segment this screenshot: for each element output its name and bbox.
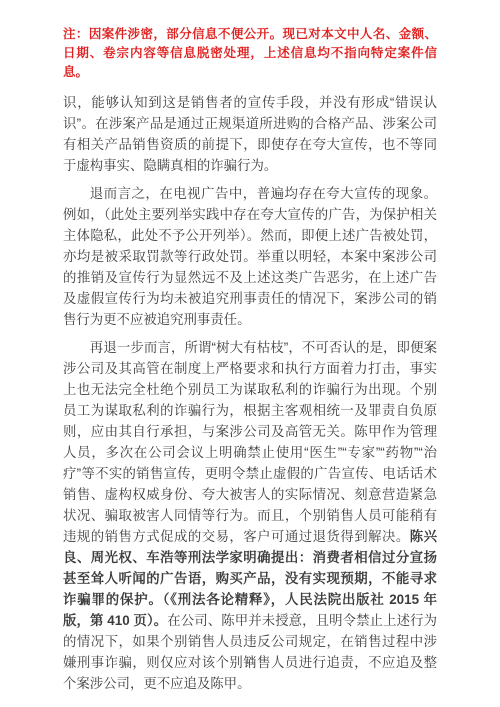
paragraph-continuation: 识，能够认知到这是销售者的宣传手段，并没有形成“错误认识”。在涉案产品是通过正规… [63, 92, 437, 176]
document-page: 注：因案件涉密，部分信息不便公开。现已对本文中人名、金额、日期、卷宗内容等信息脱… [0, 0, 500, 707]
page-number: 11 [0, 655, 500, 667]
paragraph-individual-employees: 再退一步而言，所谓“树大有枯枝”，不可否认的是，即便案涉公司及其高管在制度上严格… [63, 337, 437, 694]
paragraph-tv-ads-text: 退而言之，在电视广告中，普遍均存在夸大宣传的现象。例如，（此处主要列举实践中存在… [63, 186, 437, 327]
paragraph-individual-employees-lead: 再退一步而言，所谓“树大有枯枝”，不可否认的是，即便案涉公司及其高管在制度上严格… [63, 340, 437, 544]
paragraph-tv-ads: 退而言之，在电视广告中，普遍均存在夸大宣传的现象。例如，（此处主要列举实践中存在… [63, 183, 437, 330]
redaction-note: 注：因案件涉密，部分信息不便公开。现已对本文中人名、金额、日期、卷宗内容等信息脱… [63, 25, 437, 82]
paragraph-continuation-text: 识，能够认知到这是销售者的宣传手段，并没有形成“错误认识”。在涉案产品是通过正规… [63, 95, 437, 173]
